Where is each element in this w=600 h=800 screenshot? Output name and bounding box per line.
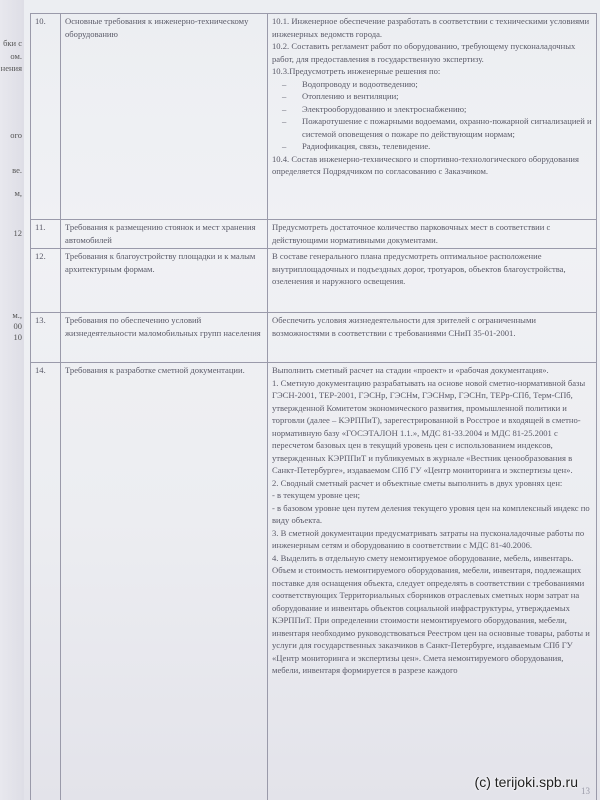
table-row: 10. Основные требования к инженерно-техн… — [31, 14, 597, 220]
requirement-title: Требования по обеспечению условий жизнед… — [61, 313, 268, 363]
watermark: (c) terijoki.spb.ru — [475, 774, 578, 790]
requirement-content: Обеспечить условия жизнедеятельности для… — [268, 313, 597, 363]
left-fragment: нения — [1, 63, 22, 73]
list-item: Радиофикация, связь, телевидение. — [272, 140, 592, 153]
paragraph: 10.1. Инженерное обеспечение разработать… — [272, 15, 592, 40]
requirement-content: Выполнить сметный расчет на стадии «прое… — [268, 363, 597, 800]
row-number: 12. — [31, 249, 61, 313]
requirement-title: Основные требования к инженерно-техничес… — [61, 14, 268, 220]
paragraph: 10.3.Предусмотреть инженерные решения по… — [272, 65, 592, 78]
paragraph: - в базовом уровне цен путем деления тек… — [272, 502, 592, 527]
engineering-list: Водопроводу и водоотведению; Отоплению и… — [272, 78, 592, 153]
list-item: Отоплению и вентиляции; — [272, 90, 592, 103]
paragraph: - в текущем уровне цен; — [272, 489, 592, 502]
paragraph: 3. В сметной документации предусматриват… — [272, 527, 592, 552]
requirement-title: Требования к размещению стоянок и мест х… — [61, 220, 268, 249]
left-fragment: ве. — [12, 165, 22, 175]
requirement-content: 10.1. Инженерное обеспечение разработать… — [268, 14, 597, 220]
page-number: 13 — [581, 786, 590, 796]
left-fragment: 12 — [14, 228, 23, 238]
left-fragment: м., — [12, 310, 22, 320]
row-number: 14. — [31, 363, 61, 800]
row-number: 10. — [31, 14, 61, 220]
left-fragment: 10 — [14, 332, 23, 342]
requirement-title: Требования к разработке сметной документ… — [61, 363, 268, 800]
left-fragment: бки с — [3, 38, 22, 48]
list-item: Электрооборудованию и электроснабжению; — [272, 103, 592, 116]
table-row: 14. Требования к разработке сметной доку… — [31, 363, 597, 800]
table-row: 12. Требования к благоустройству площадк… — [31, 249, 597, 313]
left-fragment: 00 — [14, 321, 23, 331]
list-item: Водопроводу и водоотведению; — [272, 78, 592, 91]
paragraph: Выполнить сметный расчет на стадии «прое… — [272, 364, 592, 377]
left-fragment: м, — [14, 188, 22, 198]
paragraph: 2. Сводный сметный расчет и объектные см… — [272, 477, 592, 490]
requirement-content: В составе генерального плана предусмотре… — [268, 249, 597, 313]
list-item: Пожаротушение с пожарными водоемами, охр… — [272, 115, 592, 140]
paragraph: 10.4. Состав инженерно-технического и сп… — [272, 153, 592, 178]
left-fragment: ом. — [10, 51, 22, 61]
table-row: 11. Требования к размещению стоянок и ме… — [31, 220, 597, 249]
adjacent-page-edge: бки с ом. нения ого ве. м, 12 м., 00 10 — [0, 0, 25, 800]
row-number: 11. — [31, 220, 61, 249]
paragraph: 4. Выделить в отдельную смету немонтируе… — [272, 552, 592, 677]
row-number: 13. — [31, 313, 61, 363]
requirement-title: Требования к благоустройству площадки и … — [61, 249, 268, 313]
document-page: 10. Основные требования к инженерно-техн… — [24, 0, 600, 800]
requirement-content: Предусмотреть достаточное количество пар… — [268, 220, 597, 249]
left-fragment: ого — [10, 130, 22, 140]
paragraph: 1. Сметную документацию разрабатывать на… — [272, 377, 592, 477]
paragraph: 10.2. Составить регламент работ по обору… — [272, 40, 592, 65]
table-row: 13. Требования по обеспечению условий жи… — [31, 313, 597, 363]
requirements-table: 10. Основные требования к инженерно-техн… — [30, 13, 597, 800]
